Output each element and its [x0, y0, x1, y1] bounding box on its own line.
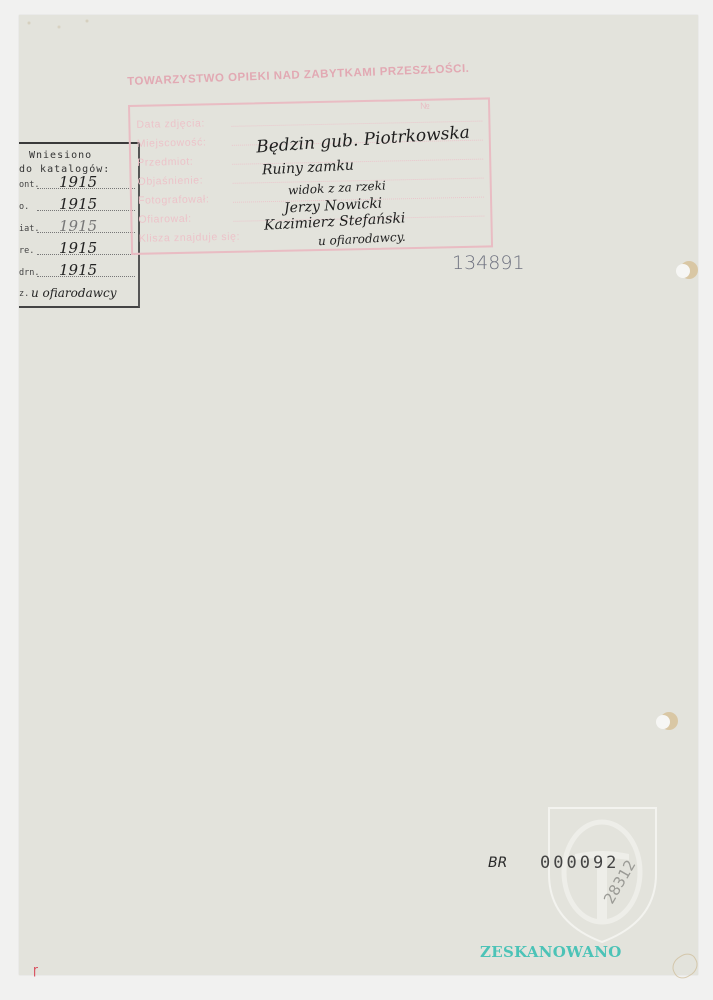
- catalog-row: re. 1915: [19, 240, 137, 258]
- library-watermark-icon: [545, 804, 660, 944]
- catalog-location: u ofiarodawcy: [31, 286, 117, 300]
- catalog-row: drn. 1915: [19, 262, 137, 280]
- catalog-row: z. u ofiarodawcy: [19, 283, 137, 301]
- catalog-year: 1915: [59, 173, 97, 191]
- inventory-number: 134891: [452, 252, 525, 274]
- society-stamp-box: № Data zdjęcia: Miejscowość: Przedmiot: …: [128, 97, 493, 255]
- catalog-row: o. 1915: [19, 196, 137, 214]
- scanned-stamp: ZESKANOWANO: [480, 943, 622, 961]
- corner-mark: ɼ: [33, 963, 38, 977]
- catalog-row: ont. 1915: [19, 174, 137, 192]
- catalog-year: 1915: [59, 239, 97, 257]
- catalog-title: Wniesiono: [29, 150, 92, 161]
- catalog-year: 1915: [59, 261, 97, 279]
- br-label: BR: [488, 855, 507, 871]
- punch-hole: [656, 715, 670, 729]
- paper-stain: [19, 15, 239, 35]
- catalog-year: 1915: [59, 195, 97, 213]
- catalog-entry-stamp: Wniesiono do katalogów: ont. 1915 o. 191…: [19, 142, 140, 308]
- catalog-year: 1915: [59, 217, 97, 235]
- punch-hole: [676, 264, 690, 278]
- br-number: 000092: [540, 853, 619, 873]
- catalog-row: iat. 1915: [19, 218, 137, 236]
